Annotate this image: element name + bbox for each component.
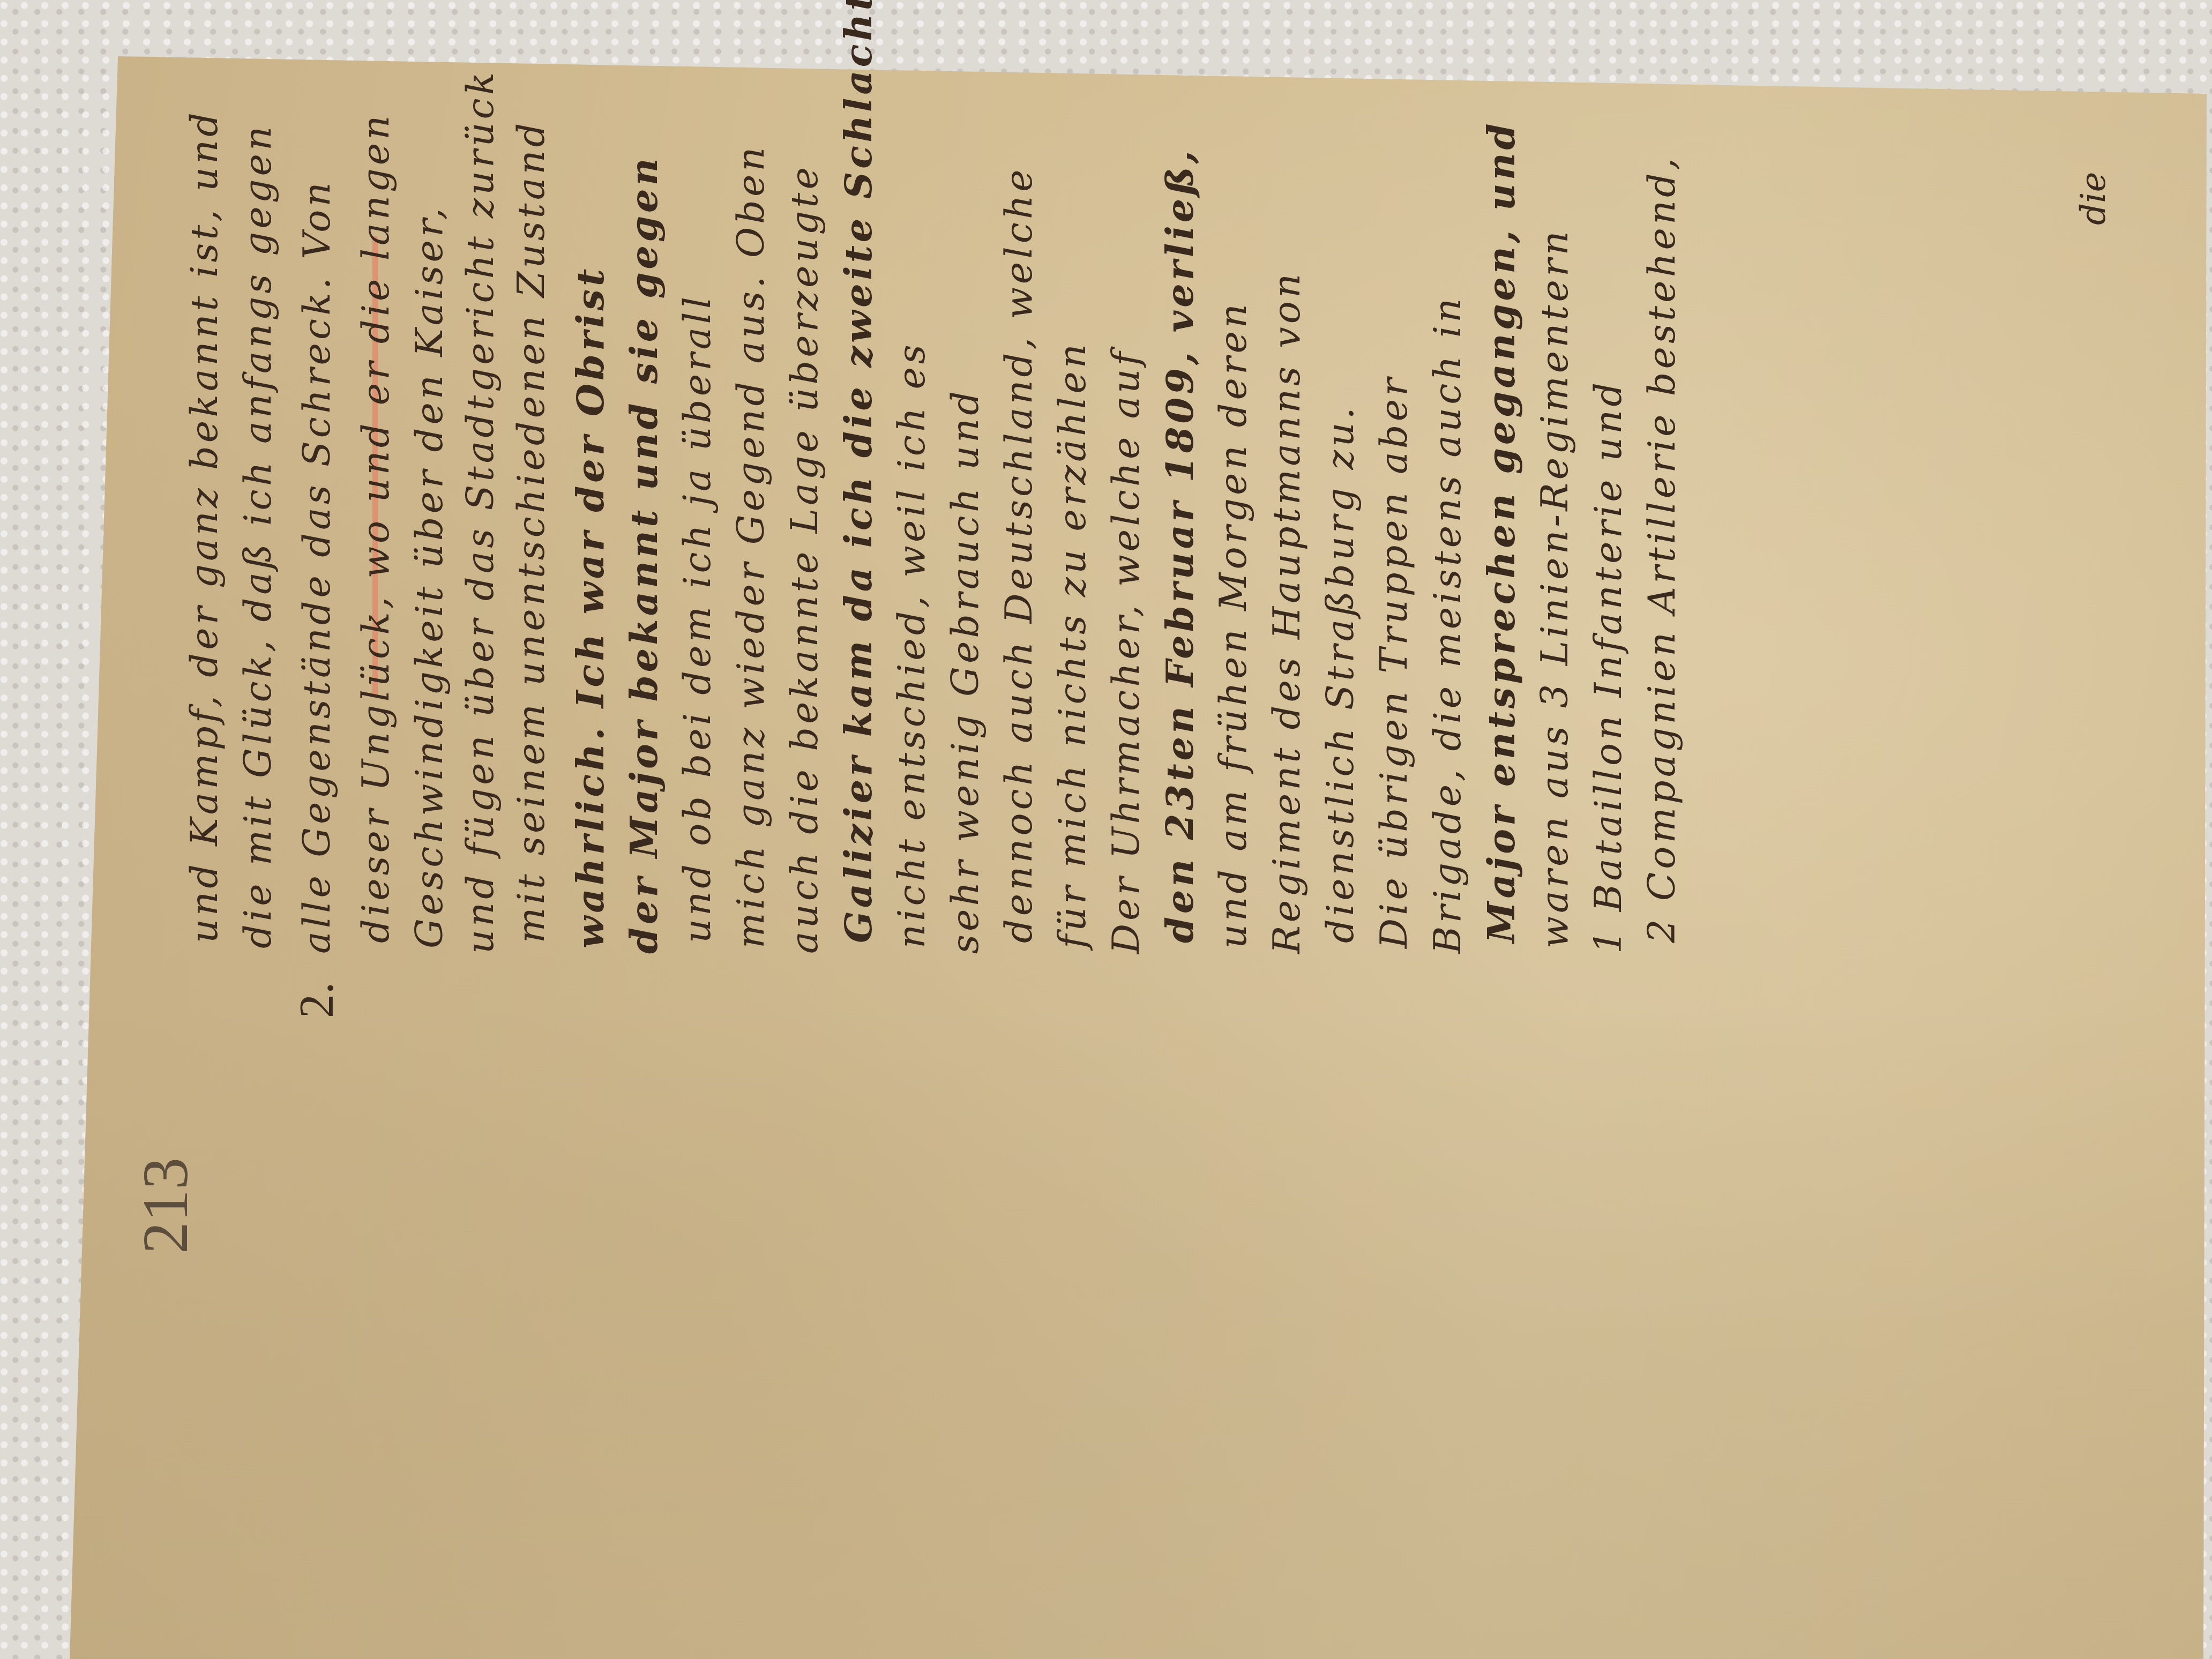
handwritten-line: und fügen über das Stadtgericht zurück [458, 69, 502, 954]
handwritten-line: Galizier kam da ich die zweite Schlacht [836, 0, 880, 943]
handwritten-line: Brigade, die meistens auch in [1425, 295, 1469, 954]
handwritten-line: der Major bekannt und sie gegen [622, 155, 666, 954]
handwritten-line: auch die bekannte Lage überzeugte [782, 164, 826, 954]
handwritten-line: und ob bei dem ich ja überall [675, 294, 719, 943]
folio-number: 213 [129, 1157, 203, 1254]
handwritten-line: dienstlich Straßburg zu. [1318, 404, 1362, 943]
handwritten-line: und am frühen Morgen deren [1211, 301, 1255, 948]
handwritten-line: den 23ten Februar 1809, verließ, [1157, 147, 1202, 943]
handwritten-line: wahrlich. Ich war der Obrist [568, 266, 612, 948]
handwritten-line: Regiment des Hauptmanns von [1265, 271, 1309, 954]
handwritten-line: und Kampf, der ganz bekannt ist, und [182, 109, 226, 943]
handwritten-line: nicht entschied, weil ich es [890, 341, 933, 948]
handwritten-line: dieser Unglück, wo und er die langen [354, 113, 398, 943]
handwritten-line: mich ganz wieder Gegend aus. Oben [729, 144, 773, 948]
catchword: die [2074, 172, 2113, 225]
handwritten-line: 2 Compagnien Artillerie bestehend, [1640, 155, 1684, 943]
handwritten-line: sehr wenig Gebrauch und [943, 388, 987, 954]
handwritten-line: alle Gegenstände das Schreck. Von [295, 179, 339, 954]
handwritten-line: Geschwindigkeit über den Kaiser, [407, 205, 451, 948]
handwritten-line: Der Uhrmacher, welche auf [1104, 349, 1148, 954]
section-mark: 2. [289, 982, 345, 1019]
handwritten-line: dennoch auch Deutschland, welche [997, 167, 1041, 943]
handwritten-line: Major entsprechen gegangen, und [1479, 121, 1523, 943]
handwritten-line: 1 Bataillon Infanterie und [1586, 379, 1630, 954]
handwritten-line: waren aus 3 Linien-Regimentern [1533, 228, 1576, 948]
handwritten-line: Die übrigen Truppen aber [1372, 375, 1416, 948]
handwritten-line: die mit Glück, daß ich anfangs gegen [236, 123, 280, 948]
handwritten-line: für mich nichts zu erzählen [1050, 341, 1094, 948]
handwritten-line: mit seinem unentschiedenen Zustand [509, 120, 553, 943]
